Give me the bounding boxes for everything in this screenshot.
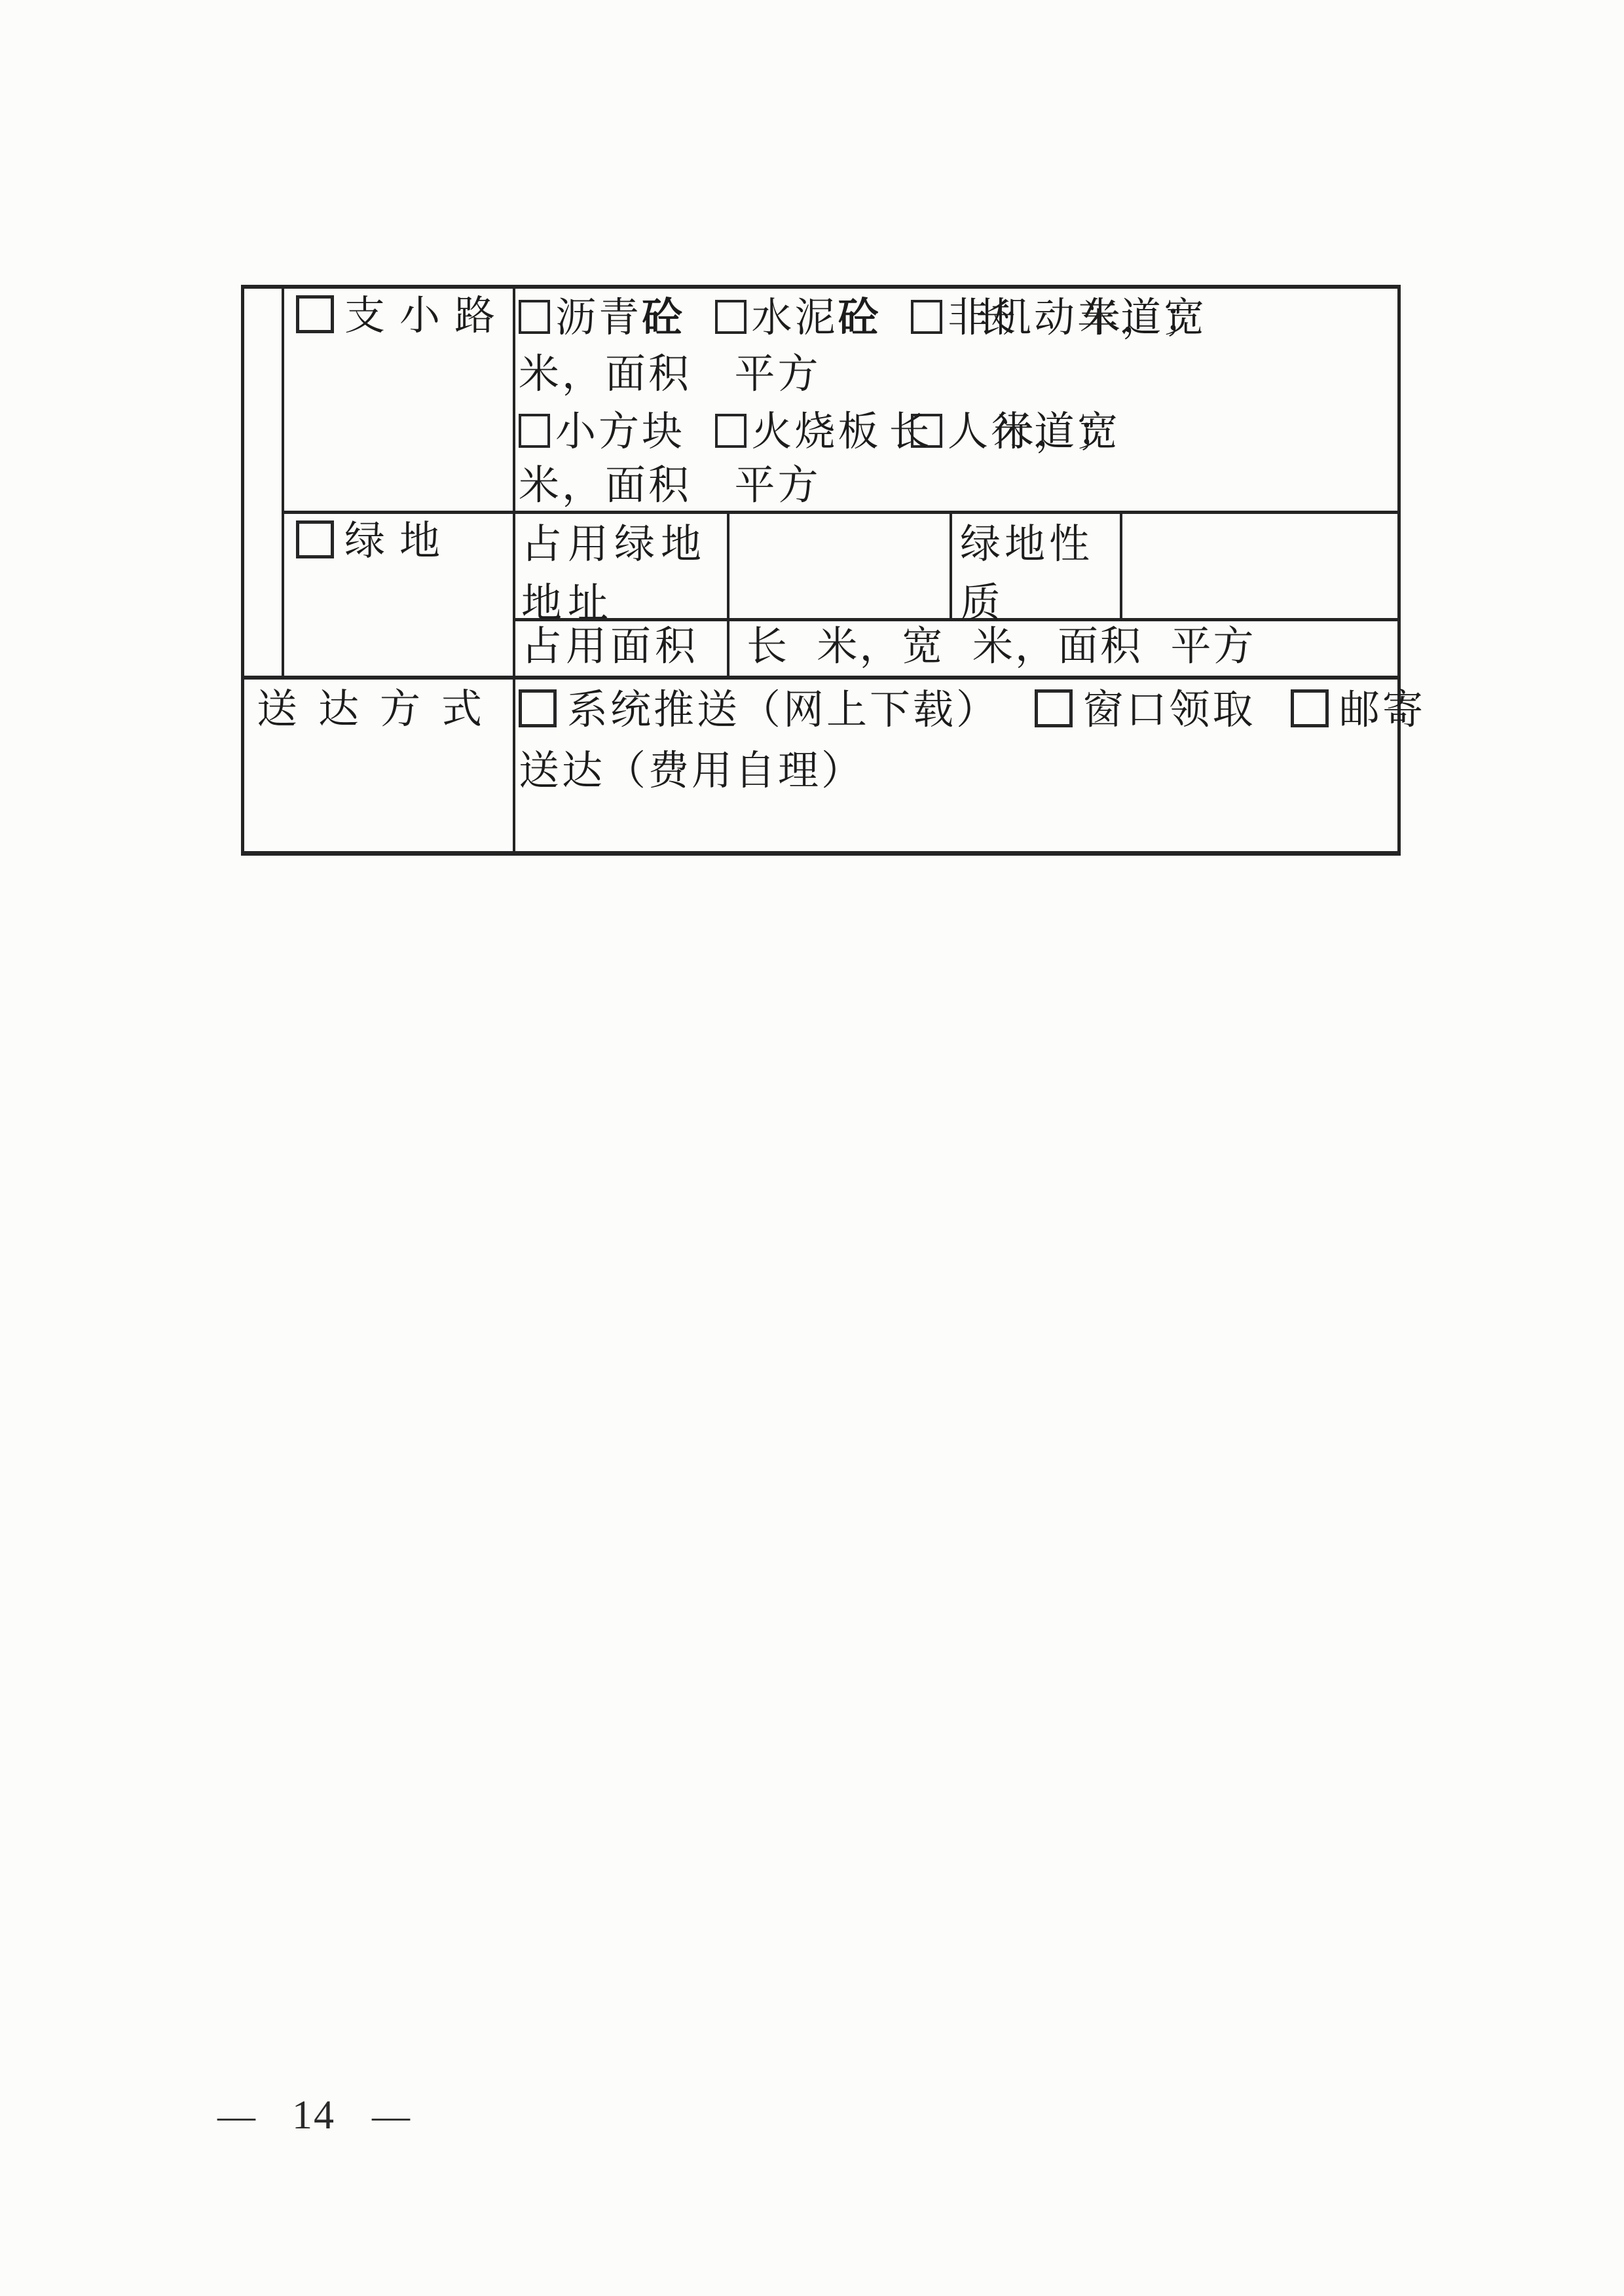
page-number: 14 (292, 2092, 335, 2139)
green-row-label-cell: 绿地 (296, 520, 454, 562)
scanned-form-page: 支小路 沥青砼 水泥砼 非机动车道； 长 米，宽 米，面积 平方 小方块 火烧板… (0, 0, 1624, 2296)
page-footer: — 14 — (217, 2092, 410, 2139)
checkbox-icon-road[interactable] (296, 295, 334, 333)
road-content-cell: 沥青砼 水泥砼 非机动车道； 长 米，宽 米，面积 平方 小方块 火烧板 人行道… (519, 285, 1380, 511)
option-cement-bold: 砼 (838, 296, 881, 340)
road-row-label: 支小路 (344, 294, 509, 338)
green-row-label: 绿地 (344, 519, 454, 564)
green-area-value-cell: 长 米，宽 米，面积 平方 (747, 627, 1256, 667)
checkbox-icon-system-push[interactable] (519, 689, 557, 727)
col-divider-label-content (513, 285, 515, 856)
option-cement-label: 水泥 (752, 296, 838, 340)
road-row-label-cell: 支小路 (296, 295, 509, 337)
delivery-content-cell: 系统推送（网上下载） 窗口领取 邮寄 送达（费用自理） (519, 678, 1380, 851)
green-area-value: 长 米，宽 米，面积 平方 (747, 625, 1256, 669)
table-border-bottom (241, 851, 1401, 856)
col-divider-nature-label (950, 511, 952, 621)
option-flamedboard-label: 火烧板 (752, 410, 881, 454)
checkbox-icon-asphalt[interactable] (519, 300, 550, 334)
road-line-3: 小方块 火烧板 人行道； 长 米，宽 (519, 412, 1137, 452)
delivery-line-2: 送达（费用自理） (519, 751, 864, 792)
checkbox-icon-mail[interactable] (1291, 689, 1329, 727)
green-nature-value-cell[interactable] (1122, 514, 1397, 615)
road-line-3-dims: 长 米，宽 (889, 412, 1120, 452)
checkbox-icon-window-pickup[interactable] (1035, 689, 1073, 727)
green-nature-label-cell: 绿地性质 (960, 515, 1108, 633)
option-window-pickup-label: 窗口领取 (1083, 688, 1256, 733)
checkbox-icon-cement[interactable] (715, 300, 747, 334)
table-border-left (241, 285, 244, 856)
option-mail-label: 邮寄 (1339, 688, 1426, 733)
checkbox-icon-nonmotor[interactable] (911, 300, 942, 334)
footer-right-dash: — (372, 2094, 410, 2138)
road-line-1: 沥青砼 水泥砼 非机动车道； 长 米，宽 (519, 298, 1224, 338)
green-area-label: 占用面积 (521, 625, 699, 669)
delivery-row-label: 送达方式 (257, 687, 503, 732)
footer-left-dash: — (217, 2094, 255, 2138)
option-block-label: 小方块 (555, 410, 685, 454)
road-line-1-dims: 长 米，宽 (976, 298, 1206, 338)
road-line-4: 米，面积 平方 (519, 465, 821, 506)
col-divider-span (282, 285, 284, 678)
option-asphalt-bold: 砼 (642, 296, 685, 340)
green-address-value-cell[interactable] (729, 514, 950, 615)
delivery-line-1: 系统推送（网上下载） 窗口领取 邮寄 (519, 689, 1426, 731)
checkbox-icon-flamedboard[interactable] (715, 414, 747, 448)
option-asphalt-label: 沥青 (555, 296, 642, 340)
table-border-right (1397, 285, 1401, 856)
checkbox-icon-green[interactable] (296, 520, 334, 558)
delivery-row-label-cell: 送达方式 (257, 689, 503, 730)
green-nature-label: 绿地性质 (960, 522, 1094, 626)
delivery-line-2-text: 送达（费用自理） (519, 749, 864, 793)
checkbox-icon-block[interactable] (519, 414, 550, 448)
green-address-label-cell: 占用绿地地址 (521, 515, 719, 633)
form-table: 支小路 沥青砼 水泥砼 非机动车道； 长 米，宽 米，面积 平方 小方块 火烧板… (241, 285, 1401, 855)
option-system-push-label: 系统推送（网上下载） (567, 688, 999, 733)
green-area-label-cell: 占用面积 (521, 627, 699, 667)
green-address-label: 占用绿地地址 (521, 522, 707, 626)
road-line-4-text: 米，面积 平方 (519, 464, 821, 508)
road-line-2-text: 米，面积 平方 (519, 352, 821, 397)
road-line-2: 米，面积 平方 (519, 354, 821, 395)
